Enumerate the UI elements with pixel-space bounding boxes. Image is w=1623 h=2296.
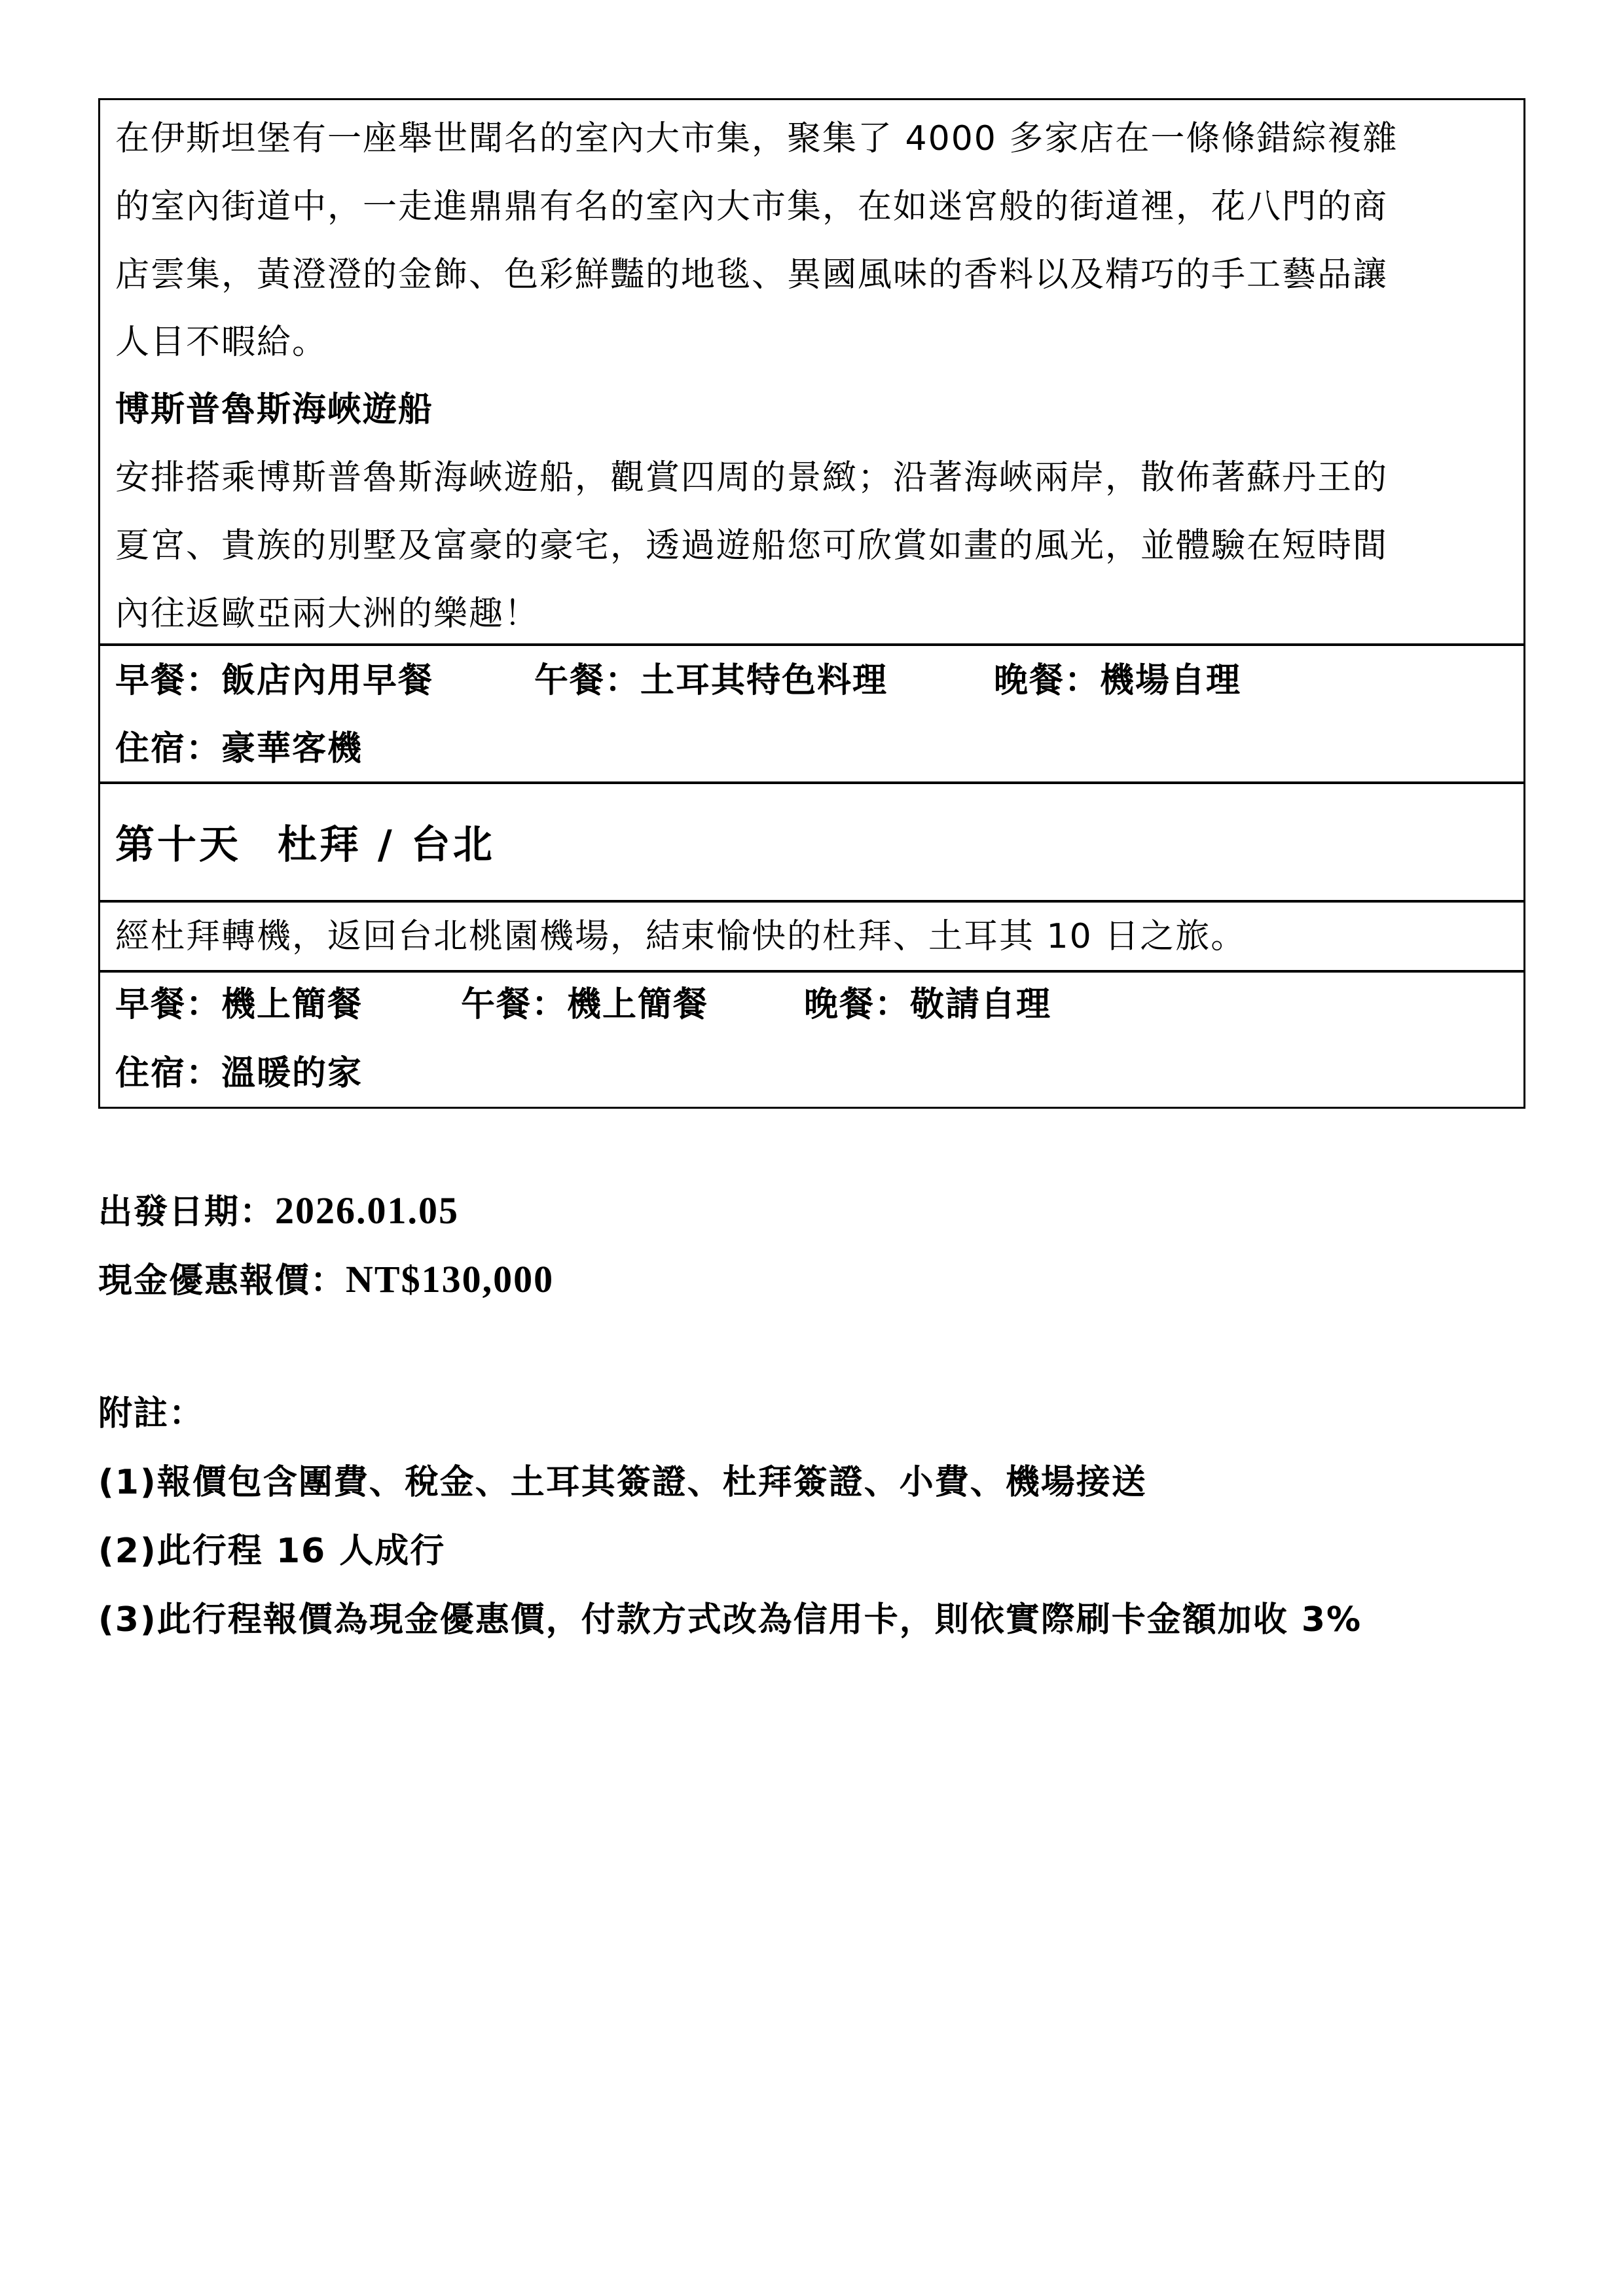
lunch-info: 午餐：機上簡餐 [461,971,708,1039]
day-label: 第十天 [115,822,241,868]
price-line: 現金優惠報價：NT$130,000 [98,1246,554,1314]
dinner-info: 晚餐：機場自理 [994,647,1241,715]
lunch-info: 午餐：土耳其特色料理 [534,647,888,715]
day9-meals-row: 早餐：飯店內用早餐 午餐：土耳其特色料理 晚餐：機場自理 [115,647,1490,715]
cruise-paragraph-line: 夏宮、貴族的別墅及富豪的豪宅，透過遊船您可欣賞如畫的風光，並體驗在短時間 [115,512,1388,580]
note-item: (2)此行程 16 人成行 [98,1517,445,1585]
breakfast-info: 早餐：飯店內用早餐 [115,647,433,715]
price-label: 現金優惠報價： [98,1261,346,1300]
breakfast-info: 早餐：機上簡餐 [115,971,363,1039]
departure-label: 出發日期： [98,1193,275,1232]
bazaar-paragraph-line: 人目不暇給。 [115,308,327,376]
day10-description: 經杜拜轉機，返回台北桃園機場，結束愉快的杜拜、土耳其 10 日之旅。 [115,903,1246,971]
note-text: 報價包含團費、稅金、土耳其簽證、杜拜簽證、小費、機場接送 [157,1463,1147,1502]
notes-title: 附註： [98,1380,204,1448]
note-text: 此行程 16 人成行 [157,1532,446,1571]
cruise-paragraph-line: 內往返歐亞兩大洲的樂趣！ [115,580,539,648]
departure-date: 2026.01.05 [275,1189,459,1232]
day10-meals-row: 早餐：機上簡餐 午餐：機上簡餐 晚餐：敬請自理 [115,971,1490,1039]
dinner-info: 晚餐：敬請自理 [804,971,1051,1039]
cruise-section-title: 博斯普魯斯海峽遊船 [115,376,433,444]
bazaar-paragraph-line: 在伊斯坦堡有一座舉世聞名的室內大市集，聚集了 4000 多家店在一條條錯綜複雜 [115,105,1398,173]
note-text: 此行程報價為現金優惠價，付款方式改為信用卡，則依實際刷卡金額加收 3% [157,1600,1362,1640]
price-value: NT$130,000 [346,1258,554,1300]
note-item: (3)此行程報價為現金優惠價，付款方式改為信用卡，則依實際刷卡金額加收 3% [98,1586,1362,1654]
cruise-paragraph-line: 安排搭乘博斯普魯斯海峽遊船，觀賞四周的景緻；沿著海峽兩岸，散佈著蘇丹王的 [115,444,1388,512]
note-item: (1)報價包含團費、稅金、土耳其簽證、杜拜簽證、小費、機場接送 [98,1448,1147,1516]
day9-lodging: 住宿：豪華客機 [115,715,363,783]
day-route: 杜拜 / 台北 [278,822,495,868]
note-prefix: (3) [98,1600,157,1640]
bazaar-paragraph-line: 店雲集，黃澄澄的金飾、色彩鮮豔的地毯、異國風味的香料以及精巧的手工藝品讓 [115,241,1388,309]
note-prefix: (1) [98,1463,157,1502]
note-prefix: (2) [98,1532,157,1571]
day10-lodging: 住宿：溫暖的家 [115,1039,363,1107]
bazaar-paragraph-line: 的室內街道中，一走進鼎鼎有名的室內大市集，在如迷宮般的街道裡，花八門的商 [115,173,1388,241]
day10-header: 第十天杜拜 / 台北 [115,811,495,879]
departure-date-line: 出發日期：2026.01.05 [98,1177,459,1245]
